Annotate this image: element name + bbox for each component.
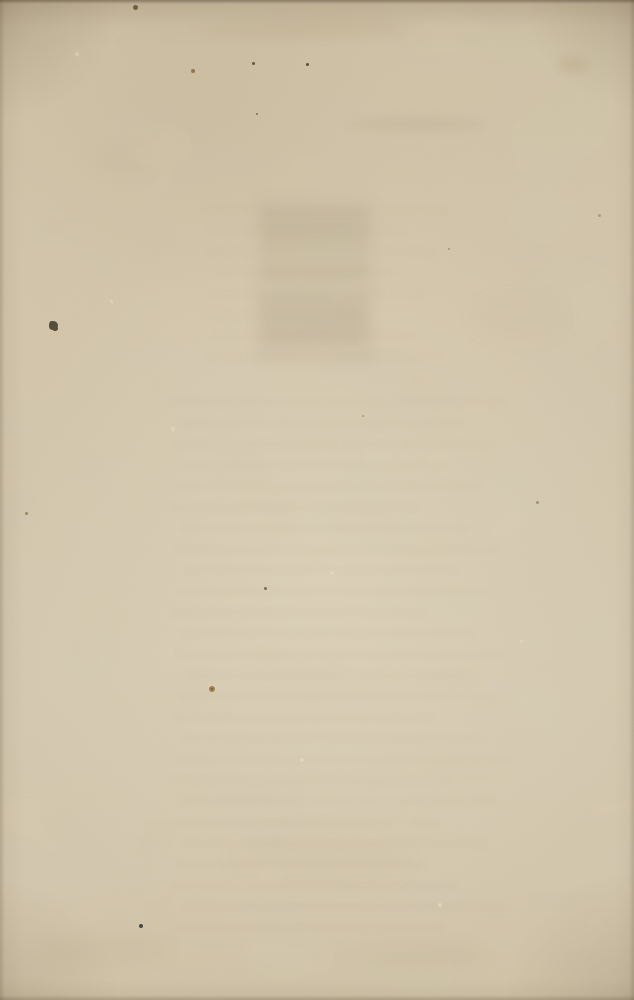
foxing-speck-layer xyxy=(0,0,634,1000)
foxing-speck xyxy=(49,321,58,330)
paper-light-fleck xyxy=(110,300,113,303)
paper-light-fleck xyxy=(300,758,304,762)
foxing-speck xyxy=(598,214,601,217)
paper-light-fleck xyxy=(438,903,442,907)
foxing-speck xyxy=(133,5,138,10)
foxing-speck xyxy=(264,587,267,590)
foxing-speck xyxy=(256,113,258,115)
paper-light-fleck xyxy=(330,571,334,575)
foxing-speck xyxy=(25,512,28,515)
paper-light-fleck xyxy=(75,52,79,56)
scanned-page xyxy=(0,0,634,1000)
foxing-speck xyxy=(306,63,309,66)
foxing-speck-core xyxy=(211,688,214,691)
paper-light-fleck xyxy=(520,640,523,643)
foxing-speck xyxy=(191,69,195,73)
foxing-speck xyxy=(448,248,450,250)
foxing-speck xyxy=(536,501,539,504)
foxing-speck xyxy=(139,924,143,928)
foxing-speck xyxy=(362,415,364,417)
foxing-speck xyxy=(252,62,255,65)
foxing-speck xyxy=(209,686,215,692)
paper-light-fleck xyxy=(171,427,175,431)
